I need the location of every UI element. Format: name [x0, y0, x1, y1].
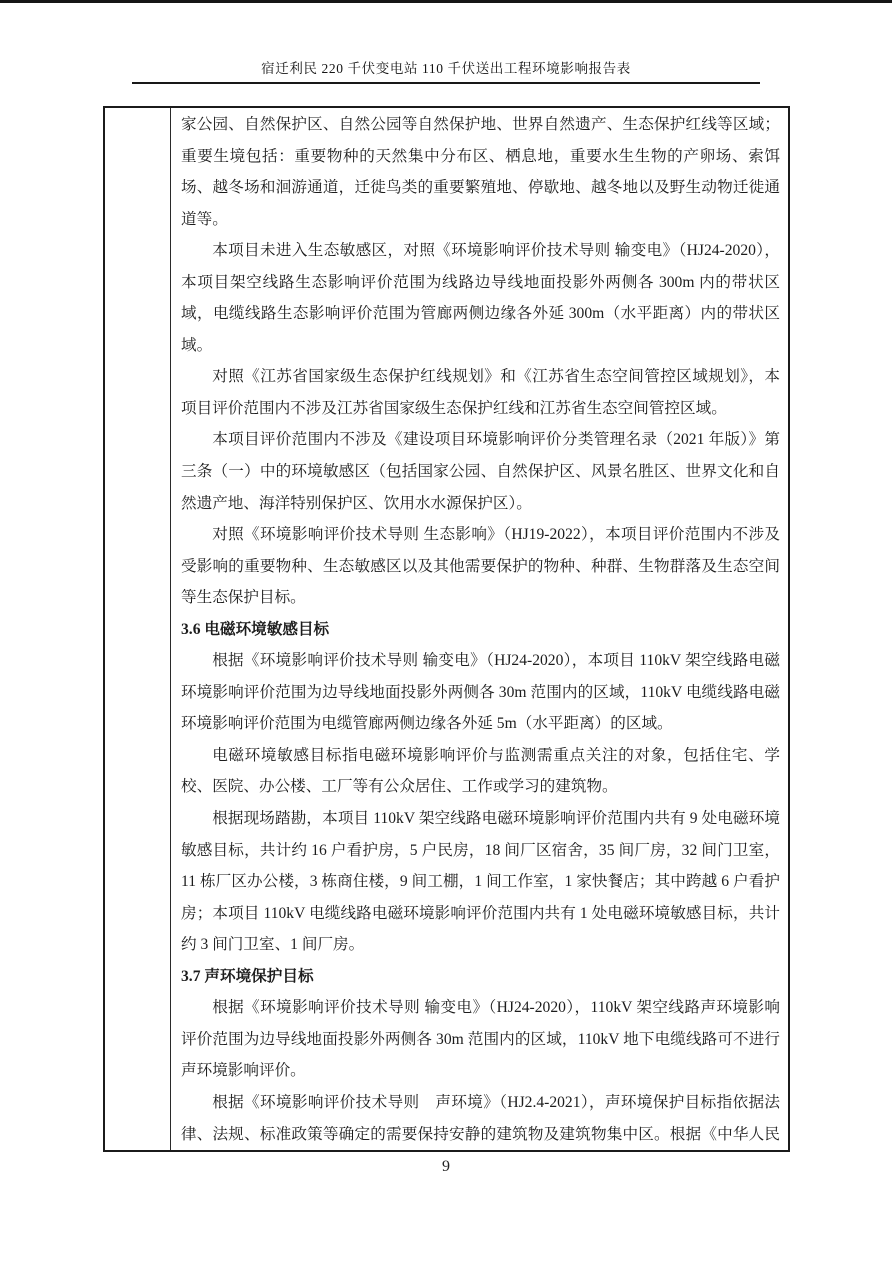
- body-paragraph: 根据现场踏勘，本项目 110kV 架空线路电磁环境影响评价范围内共有 9 处电磁…: [181, 803, 780, 961]
- body-paragraph: 对照《江苏省国家级生态保护红线规划》和《江苏省生态空间管控区域规划》，本项目评价…: [181, 361, 780, 424]
- section-heading: 3.6 电磁环境敏感目标: [181, 614, 780, 646]
- body-paragraph: 电磁环境敏感目标指电磁环境影响评价与监测需重点关注的对象，包括住宅、学校、医院、…: [181, 740, 780, 803]
- body-paragraph: 本项目评价范围内不涉及《建设项目环境影响评价分类管理名录（2021 年版）》第三…: [181, 424, 780, 519]
- body-paragraph: 根据《环境影响评价技术导则 声环境》（HJ2.4-2021），声环境保护目标指依…: [181, 1087, 780, 1150]
- document-page: 宿迁利民 220 千伏变电站 110 千伏送出工程环境影响报告表 家公园、自然保…: [0, 0, 892, 1262]
- table-content-cell: 家公园、自然保护区、自然公园等自然保护地、世界自然遗产、生态保护红线等区域；重要…: [171, 108, 788, 1150]
- body-paragraph: 家公园、自然保护区、自然公园等自然保护地、世界自然遗产、生态保护红线等区域；重要…: [181, 109, 780, 235]
- body-paragraph: 对照《环境影响评价技术导则 生态影响》（HJ19-2022），本项目评价范围内不…: [181, 519, 780, 614]
- table-stub-cell: [105, 108, 171, 1150]
- document-header-title: 宿迁利民 220 千伏变电站 110 千伏送出工程环境影响报告表: [0, 57, 892, 77]
- body-paragraph: 根据《环境影响评价技术导则 输变电》（HJ24-2020），本项目 110kV …: [181, 645, 780, 740]
- section-heading: 3.7 声环境保护目标: [181, 961, 780, 993]
- scan-edge-artifact: [0, 0, 892, 3]
- header-rule: [132, 82, 760, 84]
- body-paragraph: 根据《环境影响评价技术导则 输变电》（HJ24-2020），110kV 架空线路…: [181, 992, 780, 1087]
- page-number: 9: [0, 1158, 892, 1176]
- body-paragraph: 本项目未进入生态敏感区，对照《环境影响评价技术导则 输变电》（HJ24-2020…: [181, 235, 780, 361]
- report-table: 家公园、自然保护区、自然公园等自然保护地、世界自然遗产、生态保护红线等区域；重要…: [103, 106, 790, 1152]
